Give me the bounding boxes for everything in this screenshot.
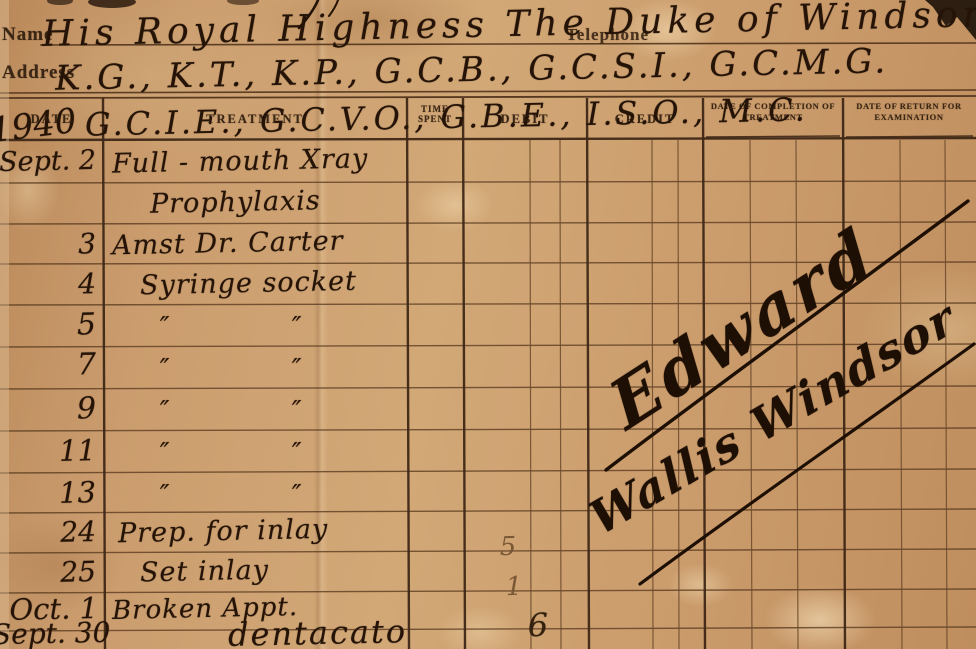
row-treatment-ditto: ″ (292, 480, 302, 510)
row-treatment: Syringe socket (140, 266, 358, 302)
row-date: 7 (0, 347, 110, 384)
row-treatment-ditto: ″ (292, 438, 302, 468)
row-debit: 5 (488, 532, 529, 563)
row-date: 24 (0, 515, 106, 550)
row-treatment: Full - mouth Xray (112, 143, 369, 179)
row-treatment: Set inlay (140, 555, 270, 589)
row-date: Sept. 30 (0, 616, 104, 649)
row-treatment: Prep. for inlay (118, 514, 329, 549)
row-date: 3 (0, 227, 108, 262)
row-treatment: Prophylaxis (150, 185, 321, 220)
row-treatment: dentacato (228, 612, 408, 649)
row-treatment-ditto: ″ (292, 396, 302, 426)
row-date: 5 (0, 307, 110, 344)
row-treatment-ditto: ″ (160, 396, 170, 426)
row-date: Sept. 2 (0, 145, 96, 178)
row-treatment-ditto: ″ (292, 354, 302, 384)
row-debit: 6 (516, 606, 561, 645)
row-treatment-ditto: ″ (160, 354, 170, 384)
row-treatment-ditto: ″ (160, 438, 170, 468)
row-date: 25 (0, 555, 106, 590)
row-treatment: Amst Dr. Carter (112, 226, 344, 262)
subcolumn-lines (530, 140, 947, 649)
row-treatment-ditto: ″ (160, 312, 170, 342)
row-date: 11 (0, 433, 108, 469)
ink-smudge (88, 0, 136, 8)
row-date: 4 (0, 267, 108, 302)
ledger-card-photo: Name Telephone Address DATE TREATMENT TI… (0, 0, 976, 649)
row-treatment-ditto: ″ (292, 312, 302, 342)
ink-smudge (47, 0, 73, 5)
row-date: 9 (0, 391, 110, 428)
row-date: 13 (0, 475, 108, 511)
header-return: DATE OF RETURN FOR EXAMINATION (845, 101, 973, 122)
row-treatment-ditto: ″ (160, 480, 170, 510)
row-debit: 1 (494, 572, 535, 603)
ink-smudge (227, 0, 259, 5)
